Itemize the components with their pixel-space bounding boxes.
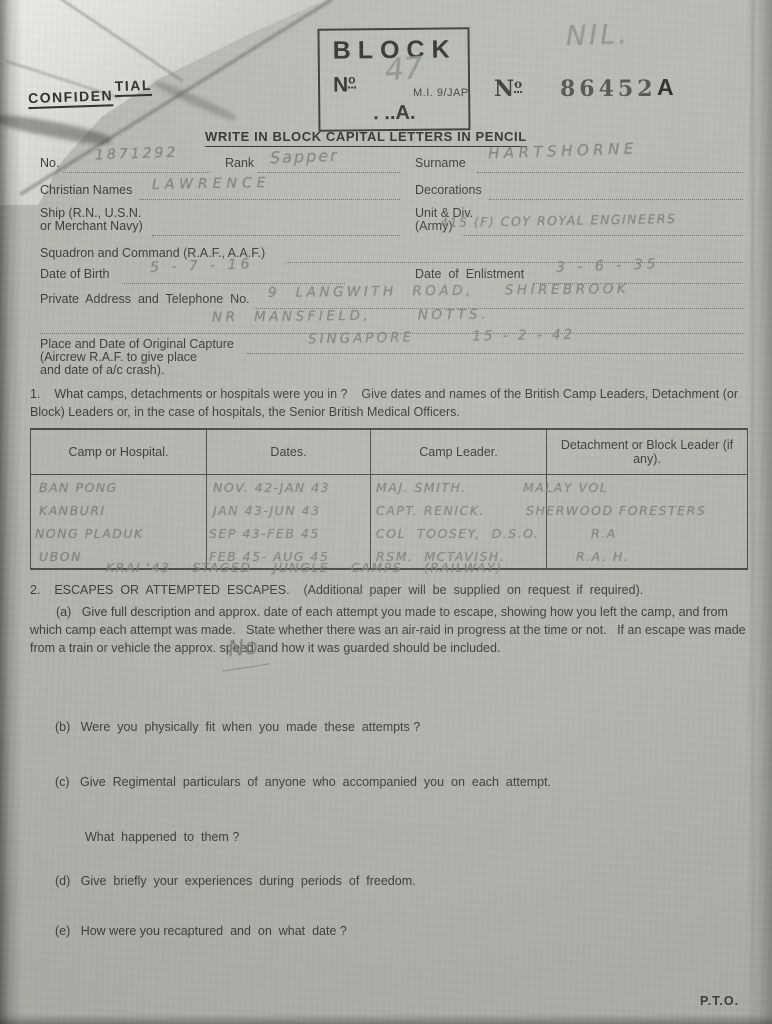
camp-row-detachment: SHERWOOD FORESTERS: [526, 503, 706, 518]
question-2c-text: (c) Give Regimental particulars of anyon…: [55, 774, 551, 792]
handwritten-nil: NIL.: [565, 19, 630, 52]
torn-edge-shadow: [152, 78, 238, 123]
question-2-heading: 2. ESCAPES OR ATTEMPTED ESCAPES. (Additi…: [30, 582, 746, 600]
address-value-line2: NR MANSFIELD, NOTTS.: [212, 307, 489, 326]
page-title: WRITE IN BLOCK CAPITAL LETTERS IN PENCIL: [205, 129, 527, 147]
surname-label: Surname: [415, 156, 466, 171]
camp-row-dates: SEP 43-FEB 45: [209, 526, 320, 541]
camp-row-camp: BAN PONG: [39, 480, 118, 495]
decorations-label: Decorations: [415, 183, 482, 198]
question-1-text: 1. What camps, detachments or hospitals …: [30, 386, 746, 422]
block-stamp-no-label: No: [333, 72, 356, 97]
question-2a-text: (a) Give full description and approx. da…: [30, 604, 746, 657]
registry-number: 86452: [560, 76, 657, 102]
ship-label-line2: or Merchant Navy): [40, 219, 143, 234]
date-of-birth-label: Date of Birth: [40, 267, 109, 282]
pto-label: P.T.O.: [700, 994, 739, 1008]
capture-label-line3: and date of a/c crash).: [40, 363, 164, 378]
decorations-field-line: [489, 185, 743, 200]
camp-row-camp: UBON: [39, 549, 82, 564]
table-divider: [370, 474, 371, 568]
squadron-field-line: [286, 248, 743, 263]
camp-row-detachment: R.A. H.: [576, 549, 629, 564]
camp-row-dates: JAN 43-JUN 43: [213, 503, 321, 518]
no-label: No.: [40, 156, 59, 171]
confidential-text-right: TIAL: [115, 77, 153, 97]
table-divider: [206, 474, 207, 568]
question-2d-text: (d) Give briefly your experiences during…: [55, 873, 416, 891]
christian-names-label: Christian Names: [40, 183, 132, 198]
ship-field-line: [152, 221, 400, 236]
block-stamp-suffix: . ..A.: [320, 101, 468, 126]
camp-row-camp: NONG PLADUK: [35, 526, 144, 541]
camp-row-leader: MAJ. SMITH.: [376, 480, 467, 495]
bottom-edge-shadow: [0, 1014, 772, 1024]
camp-table: Camp or Hospital. Dates. Camp Leader. De…: [30, 428, 748, 570]
camp-table-header-row: Camp or Hospital. Dates. Camp Leader. De…: [31, 430, 747, 475]
right-edge-shadow: [746, 0, 772, 1024]
left-edge-shadow: [0, 0, 22, 1024]
camp-row-detachment: MALAY VOL: [523, 480, 608, 495]
camp-table-header-leader: Camp Leader.: [371, 430, 547, 474]
mi9-department-label: M.I. 9/JAP.: [413, 87, 471, 99]
paper-crease: [57, 0, 182, 82]
answer-underline-stroke: [222, 663, 270, 671]
registry-letter: A: [657, 74, 674, 101]
confidential-text-left: CONFIDEN: [28, 87, 114, 109]
rank-value: Sapper: [270, 146, 339, 167]
camp-row-leader: COL TOOSEY, D.S.O.: [376, 526, 539, 541]
question-2e-text: (e) How were you recaptured and on what …: [55, 923, 347, 941]
camp-table-footnote: KRAI '43 STAGED JUNGLE CAMPS (RAILWAY): [106, 560, 503, 575]
question-2b-text: (b) Were you physically fit when you mad…: [55, 719, 420, 737]
camp-row-dates: NOV. 42-JAN 43: [213, 480, 330, 495]
camp-table-header-dates: Dates.: [207, 430, 371, 474]
no-value: 1871292: [95, 145, 179, 164]
christian-names-value: LAWRENCE: [152, 175, 271, 193]
torn-edge-shadow: [0, 111, 112, 148]
registry-no-label: No: [494, 76, 522, 102]
camp-table-header-detachment: Detachment or Block Leader (if any).: [547, 430, 747, 474]
camp-row-camp: KANBURI: [39, 503, 106, 518]
question-2c2-text: What happened to them ?: [85, 829, 239, 847]
camp-table-header-camp: Camp or Hospital.: [31, 430, 207, 474]
camp-row-leader: CAPT. RENICK.: [376, 503, 485, 518]
pow-questionnaire-page: CONFIDENTIAL BLOCK No . ..A. 47 NIL. M.I…: [0, 0, 772, 1024]
camp-row-detachment: R.A: [591, 526, 617, 541]
address-label: Private Address and Telephone No.: [40, 292, 250, 307]
question-2a-answer: No: [227, 635, 259, 663]
paper-fold-line: [751, 0, 754, 1024]
handwritten-block-number: 47: [384, 50, 425, 88]
confidential-stamp: CONFIDENTIAL: [28, 86, 153, 106]
date-of-enlistment-label: Date of Enlistment: [415, 267, 524, 282]
rank-label: Rank: [225, 156, 254, 171]
